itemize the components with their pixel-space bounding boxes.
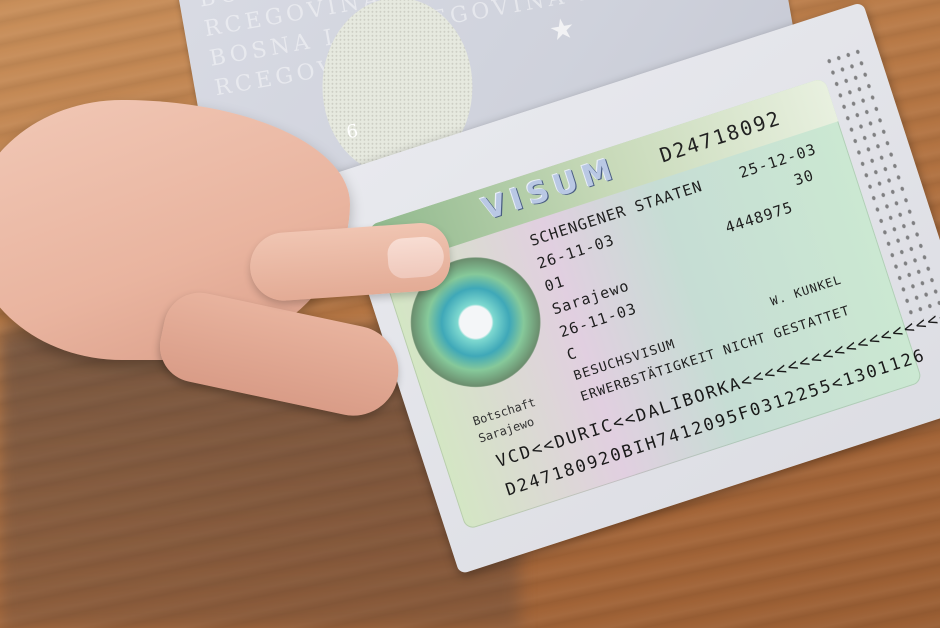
type-of-visa: C [565,344,580,364]
number-of-entries: 01 [542,272,567,295]
signature-name: W. KUNKEL [769,272,844,308]
visa-sticker: VISUM D24718092 Botschaft Sarajewo SCHEN… [368,78,923,531]
mrz-line2: D247180920BIH7412095F0312255<1301126 [503,345,928,500]
thumbnail [387,235,446,279]
duration-of-stay: 30 [792,166,817,189]
thumb [248,221,452,303]
passport-number: 4448975 [723,198,795,237]
